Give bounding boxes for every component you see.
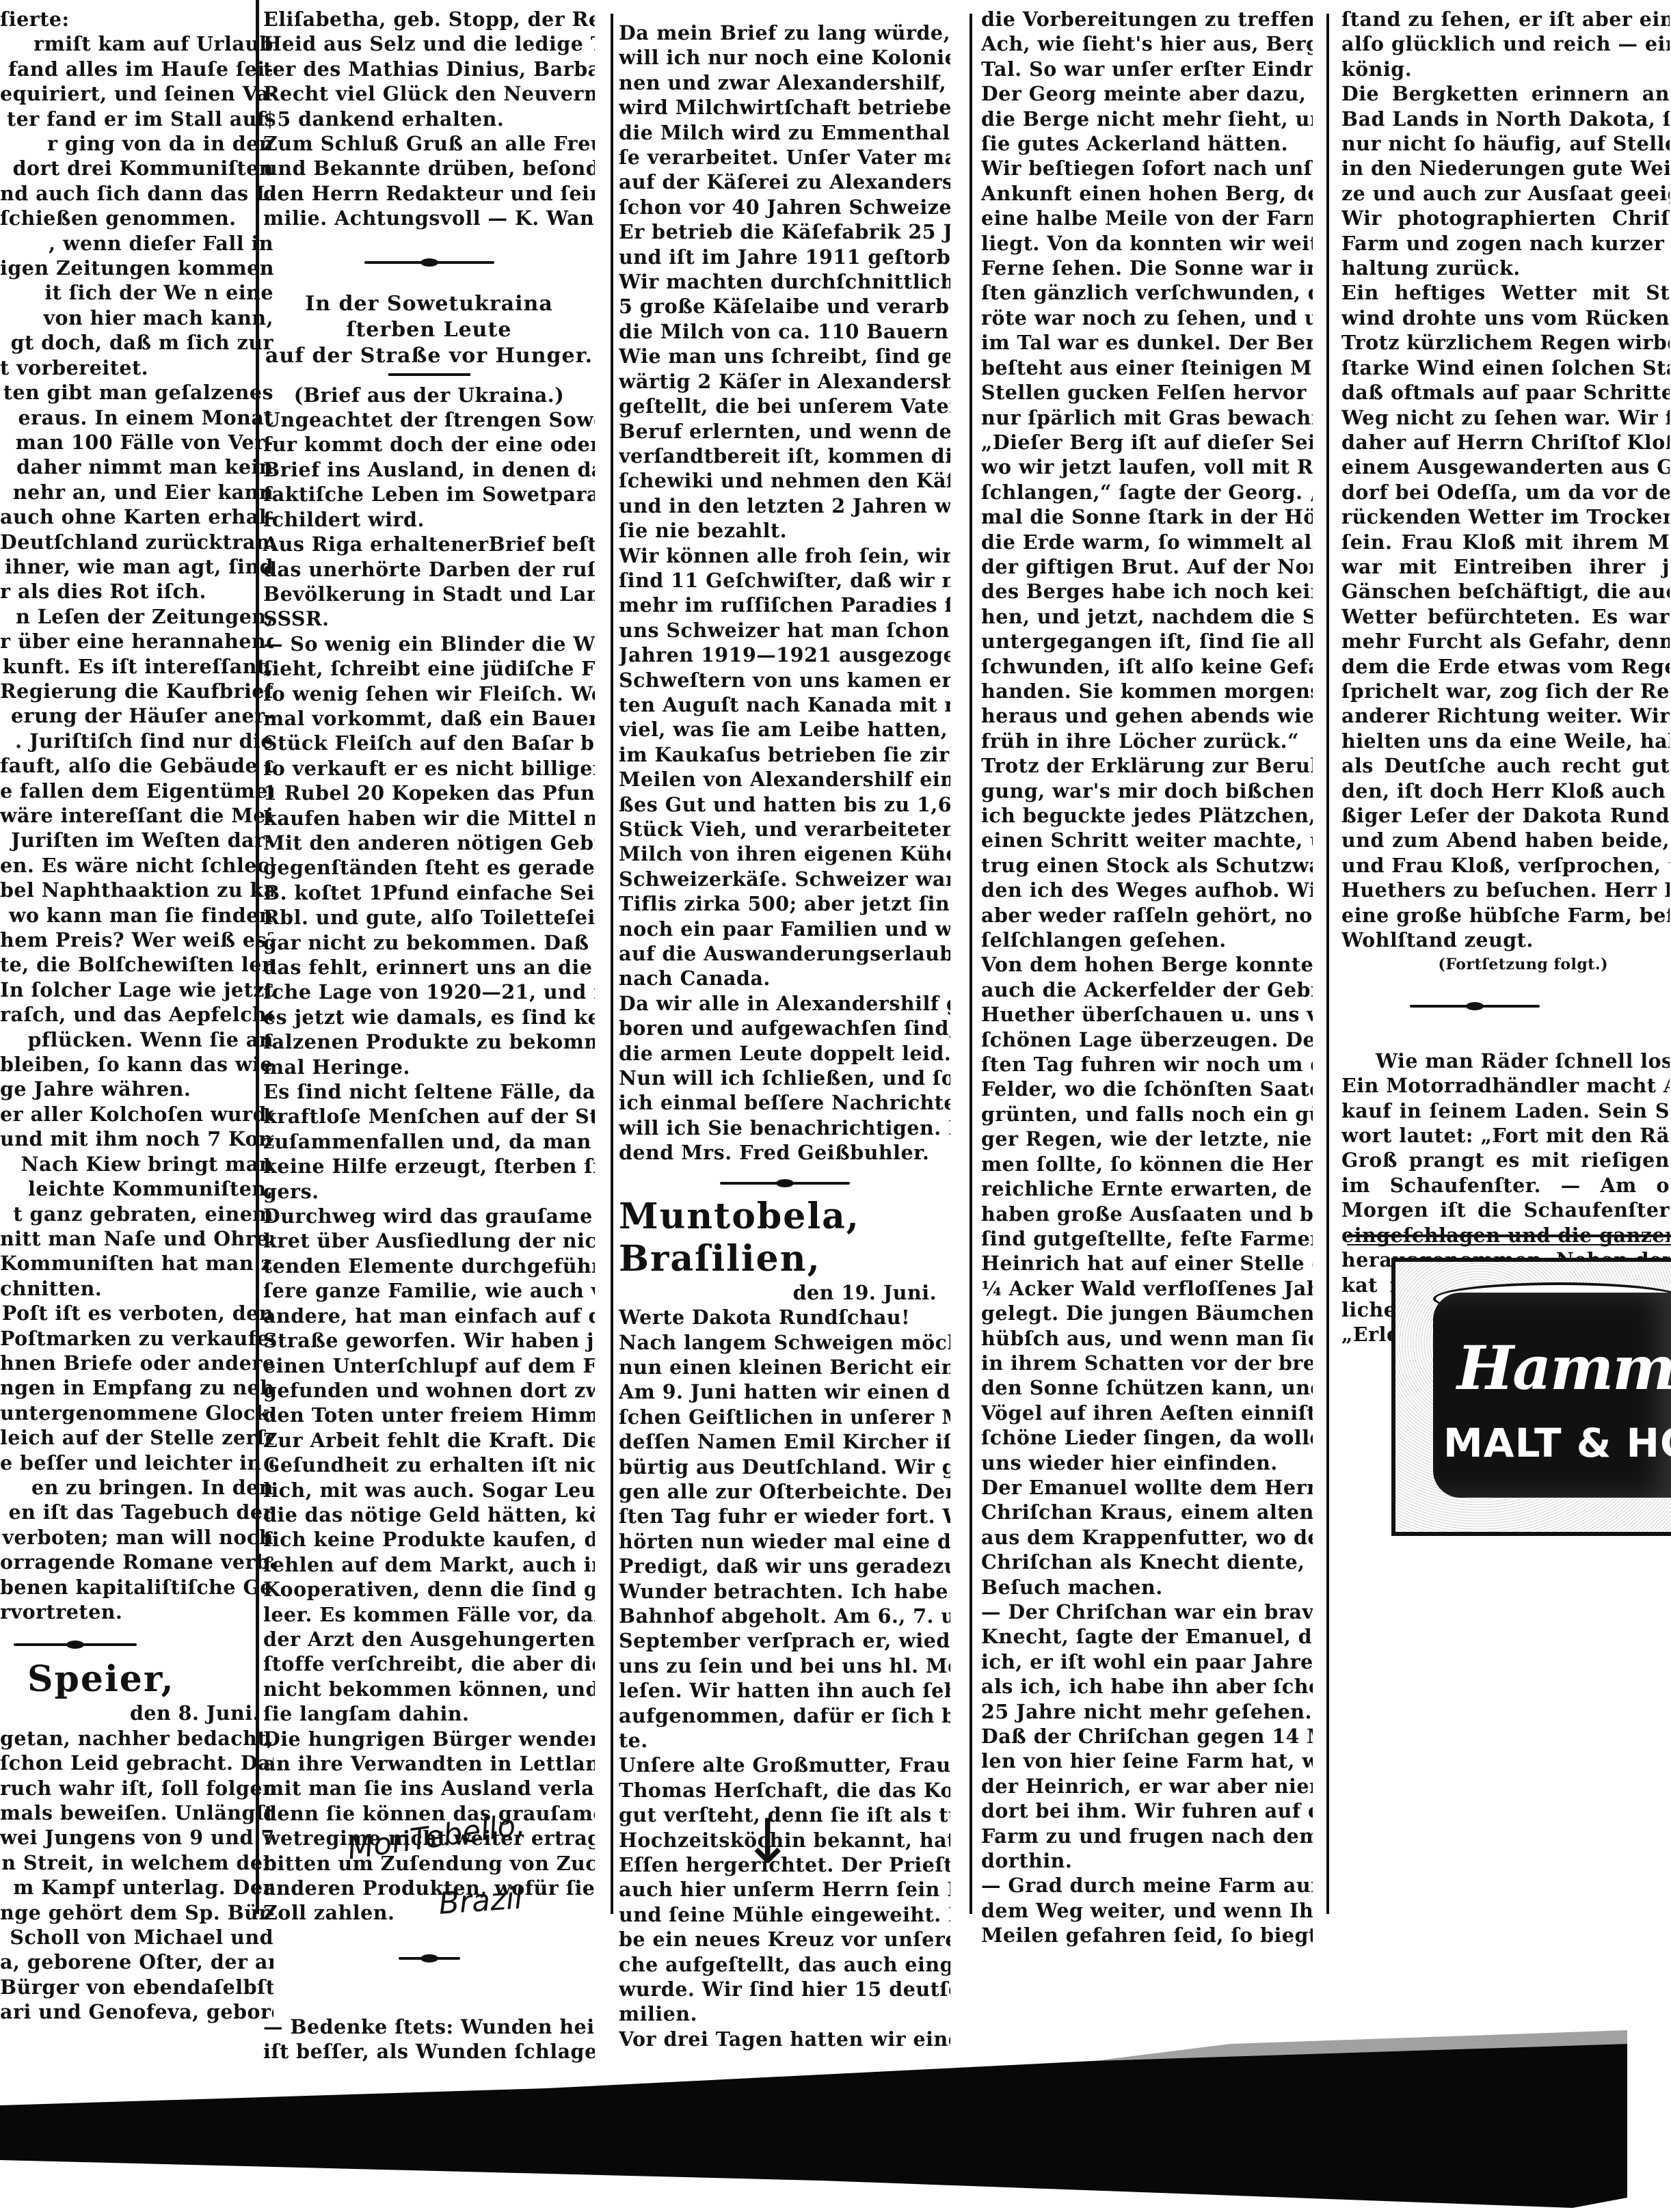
column-3-letter-text: Da mein Brief zu lang würde,will ich nur… xyxy=(619,21,950,1165)
text-line: 25 Jahre nicht mehr geſehen. xyxy=(981,1699,1313,1724)
text-line: Die Bergketten erinnern an xyxy=(1341,81,1670,106)
text-line: deſſen Namen Emil Kircher iſt, ge- xyxy=(619,1429,950,1454)
text-line: leichte Kommuniſten, xyxy=(0,1176,273,1201)
text-line: Trotz kürzlichem Regen wirbelte xyxy=(1341,330,1670,355)
text-line: rvortreten. xyxy=(0,1600,273,1624)
text-line: bel Naphthaaktion zu kau- xyxy=(0,878,273,902)
text-line: Beſuch machen. xyxy=(981,1575,1313,1600)
column-4-text: die Vorbereitungen zu treffen.Ach, wie ſ… xyxy=(981,7,1313,1948)
text-line: den Herrn Redakteur und ſeine Fa- xyxy=(263,181,595,206)
text-line: nehr an, und Eier kann xyxy=(0,480,273,504)
text-line: alſo glücklich und reich — ein W xyxy=(1341,31,1670,56)
column-2-intro-text: Eliſabetha, geb. Stopp, der Reihe ſe-Hei… xyxy=(263,7,595,231)
text-line: 5 große Käſelaibe und verarbeiteten xyxy=(619,294,950,319)
text-line: Beruf erlernten, und wenn der Käſe xyxy=(619,419,950,444)
text-line: als Deutſche auch recht gut xyxy=(1341,753,1670,778)
text-line: e beſſer und leichter in die xyxy=(0,1451,273,1475)
text-line: verboten; man will noch xyxy=(0,1525,273,1550)
text-line: Juriſten im Weſten dar- xyxy=(0,828,273,852)
text-line: Huether überſchauen u. uns von der xyxy=(981,1002,1313,1027)
text-line: fehlen auf dem Markt, auch in den xyxy=(263,1552,595,1577)
text-line: ſo verkauft er es nicht billiger als zu xyxy=(263,756,595,781)
text-line: ſchildert wird. xyxy=(263,507,595,532)
text-line: dend Mrs. Fred Geißbuhler. xyxy=(619,1140,950,1165)
muntobela-headline: Muntobela, Braſilien, xyxy=(619,1196,950,1280)
text-line: Kommuniſten hat man zu xyxy=(0,1251,273,1276)
column-rule xyxy=(611,14,613,1914)
text-line: Die hungrigen Bürger wenden ſich xyxy=(263,1727,595,1751)
text-line: be ein neues Kreuz vor unſerer Kir- xyxy=(619,1927,950,1952)
text-line: Brief ins Ausland, in denen das xyxy=(263,457,595,482)
scan-shadow-band xyxy=(0,2023,1671,2212)
text-line: gen alle zur Oſterbeichte. Den näch- xyxy=(619,1479,950,1504)
text-line: SSSR. xyxy=(263,606,595,631)
muntobela-salutation: Werte Dakota Rundſchau! xyxy=(619,1305,950,1330)
text-line: Heid aus Selz und die ledige Toch- xyxy=(263,31,595,56)
text-line: war mit Eintreiben ihrer j xyxy=(1341,554,1670,579)
text-line: ich einmal beſſere Nachrichten haben, xyxy=(619,1090,950,1115)
text-line: ſtoffe verſchreibt, die aber die Kranken xyxy=(263,1651,595,1676)
text-line: ſchon Leid gebracht. Daß xyxy=(0,1751,273,1775)
text-line: ſchon vor 40 Jahren Schweizerkäſe. xyxy=(619,195,950,219)
text-line: ger Regen, wie der letzte, niederkom- xyxy=(981,1127,1313,1151)
text-line: Wir beſtiegen ſofort nach unſerer xyxy=(981,156,1313,180)
speier-dateline: den 8. Juni. xyxy=(0,1701,273,1725)
text-line: ſchlangen,“ ſagte der Georg. „Iſt xyxy=(981,480,1313,504)
text-line: tenden Elemente durchgeführt. Un- xyxy=(263,1254,595,1278)
text-line: aufgenommen, dafür er ſich bedank- xyxy=(619,1703,950,1728)
text-line: dem Weg weiter, und wenn Ihr 4 xyxy=(981,1898,1313,1923)
text-line: Poſt iſt es verboten, den xyxy=(0,1301,273,1325)
text-line: te. xyxy=(619,1728,950,1753)
text-line: mehr im ruſſiſchen Paradies ſind; xyxy=(619,593,950,617)
text-line: eine große hübſche Farm, beſ xyxy=(1341,903,1670,928)
text-line: Milch von ihren eigenen Kühen zu xyxy=(619,841,950,866)
column-5-text: ſtand zu ſehen, er iſt aber einalſo glüc… xyxy=(1341,7,1670,952)
text-line: wärtig 2 Käſer in Alexandershilf an- xyxy=(619,369,950,394)
text-line: Mit den anderen nötigen Gebrauchs- xyxy=(263,831,595,855)
text-line: auf die Auswanderungserlaubnis xyxy=(619,941,950,966)
text-line: Groß prangt es mit rieſigen xyxy=(1341,1148,1670,1172)
text-line: ſche Lage von 1920—21, und ſo iſt xyxy=(263,980,595,1004)
text-line: Farm zu und frugen nach dem Weg xyxy=(981,1824,1313,1848)
text-line: nach Canada. xyxy=(619,966,950,990)
text-line: Ach, wie ſieht's hier aus, Berg und xyxy=(981,31,1313,56)
text-line: hen, und jetzt, nachdem die Sonne xyxy=(981,604,1313,629)
text-line: Wetter befürchteten. Es war xyxy=(1341,604,1670,629)
short-item-title: Wie man Räder ſchnell los w xyxy=(1341,1049,1670,1073)
separator-ornament xyxy=(1410,998,1540,1014)
text-line: ſten Tag fuhren wir noch um die xyxy=(981,1052,1313,1077)
muntobela-article-body: Nach langem Schweigen möchte ichnun eine… xyxy=(619,1330,950,2052)
text-line: die Berge nicht mehr ſieht, und daß xyxy=(981,107,1313,131)
text-line: Poſtmarken zu verkaufen xyxy=(0,1326,273,1351)
text-line: chnitten. xyxy=(0,1276,273,1301)
text-line: noch ein paar Familien und warten xyxy=(619,917,950,941)
text-line: gung, war's mir doch bißchen bange, xyxy=(981,779,1313,803)
text-line: r über eine herannahende xyxy=(0,629,273,653)
text-line: wird Milchwirtſchaft betrieben, und xyxy=(619,95,950,120)
text-line: das unerhörte Darben der ruſſiſchen xyxy=(263,557,595,582)
text-line: im Tal war es dunkel. Der Berg xyxy=(981,330,1313,355)
text-line: Ein Motorradhändler macht A xyxy=(1341,1073,1670,1098)
text-line: will ich Sie benachrichtigen. Hochach- xyxy=(619,1116,950,1140)
text-line: uns Schweizer hat man ſchon in den xyxy=(619,618,950,643)
text-line: Wir photographierten Chriſ xyxy=(1341,206,1670,230)
text-line: dort bei ihm. Wir fuhren auf eine xyxy=(981,1798,1313,1823)
text-line: ich beguckte jedes Plätzchen, bevor ich xyxy=(981,803,1313,828)
text-line: ter fand er im Stall auf- xyxy=(0,107,273,131)
text-line: Chriſchan als Knecht diente, einen xyxy=(981,1550,1313,1574)
text-line: von hier mach kann, xyxy=(0,306,273,330)
text-line: und mit ihm noch 7 Kom- xyxy=(0,1127,273,1151)
text-line: t vorbereitet. xyxy=(0,355,273,380)
text-line: „Dieſer Berg iſt auf dieſer Seite, xyxy=(981,430,1313,455)
text-line: früh in ihre Löcher zurück.“ xyxy=(981,729,1313,753)
text-line: keine Hilfe erzeugt, ſterben ſie Hun- xyxy=(263,1154,595,1178)
text-line: leſen. Wir hatten ihn auch ſehr gut xyxy=(619,1678,950,1703)
text-line: bürtig aus Deutſchland. Wir gin- xyxy=(619,1455,950,1479)
text-line: ßiger Leſer der Dakota Rund xyxy=(1341,803,1670,828)
text-line: Durchweg wird das grauſame De- xyxy=(263,1204,595,1228)
text-line: milie. Achtungsvoll — K. Wanner. xyxy=(263,206,595,230)
text-line: igen Zeitungen kommen xyxy=(0,256,273,280)
text-line: an ihre Verwandten in Lettland, da- xyxy=(263,1751,595,1776)
text-line: ſie langſam dahin. xyxy=(263,1701,595,1726)
text-line: ſie nie bezahlt. xyxy=(619,518,950,543)
text-line: m Kampf unterlag. Der xyxy=(0,1875,273,1900)
text-line: Recht viel Glück den Neuvermählten! xyxy=(263,81,595,106)
text-line: Es ſind nicht ſeltene Fälle, daß xyxy=(263,1079,595,1104)
text-line: Nach Kiew bringt man xyxy=(0,1152,273,1176)
text-line: Stück Vieh, und verarbeiteten die xyxy=(619,817,950,841)
text-line: ſind gutgeſtellte, feſte Farmer. Der xyxy=(981,1226,1313,1251)
text-line: reichliche Ernte erwarten, denn beide xyxy=(981,1176,1313,1201)
text-line: ſein. Frau Kloß mit ihrem M xyxy=(1341,530,1670,554)
column-1-text: ſierte:rmiſt kam auf Urlaubfand alles im… xyxy=(0,7,273,1624)
text-line: pflücken. Wenn ſie an xyxy=(0,1027,273,1052)
text-line: Farm und zogen nach kurzer U xyxy=(1341,231,1670,256)
text-line: hnen Briefe oder andere xyxy=(0,1351,273,1375)
text-line: den ich des Weges aufhob. Wir haben xyxy=(981,878,1313,902)
text-line: geſtellt, die bei unſerem Vater den xyxy=(619,394,950,418)
text-line: nun einen kleinen Bericht einſenden: xyxy=(619,1355,950,1379)
text-line: Ankunft einen hohen Berg, der gegen xyxy=(981,181,1313,206)
text-line: dorf bei Odeſſa, um da vor den xyxy=(1341,480,1670,504)
text-line: Meilen gefahren ſeid, ſo biegt links xyxy=(981,1923,1313,1947)
text-line: gefunden und wohnen dort zwiſchen xyxy=(263,1378,595,1403)
text-line: faktiſche Leben im Sowetparadies ge- xyxy=(263,482,595,507)
text-line: nge gehört dem Sp. Bür- xyxy=(0,1900,273,1925)
text-line: Wie man uns ſchreibt, ſind gegen- xyxy=(619,344,950,368)
column-2: Eliſabetha, geb. Stopp, der Reihe ſe-Hei… xyxy=(263,7,595,2064)
ad-product-name: MALT & HOPS xyxy=(1443,1422,1671,1464)
text-line: nicht bekommen können, und ſo ſiechen xyxy=(263,1677,595,1701)
text-line: und ſeine Mühle eingeweiht. Ich ha- xyxy=(619,1902,950,1927)
text-line: a, geborene Oſter, der an- xyxy=(0,1950,273,1974)
text-line: Wunder betrachten. Ich habe ihn vom xyxy=(619,1579,950,1604)
text-line: ruch wahr iſt, ſoll folgender xyxy=(0,1776,273,1800)
text-line: Bevölkerung in Stadt und Land in xyxy=(263,582,595,606)
text-line: ßes Gut und hatten bis zu 1,600 xyxy=(619,792,950,817)
text-line: ſo wenig ſehen wir Fleiſch. Wenn es xyxy=(263,682,595,706)
text-line: ſchießen genommen. xyxy=(0,206,273,230)
ukraine-headline-line2: auf der Straße vor Hunger. xyxy=(263,343,595,369)
text-line: die das nötige Geld hätten, können xyxy=(263,1502,595,1527)
text-line: — Grad durch meine Farm auf xyxy=(981,1873,1313,1898)
text-line: n Streit, in welchem der xyxy=(0,1850,273,1875)
text-line: nur ſpärlich mit Gras bewachſen. xyxy=(981,405,1313,430)
text-line: haltung zurück. xyxy=(1341,256,1670,280)
text-line: dort drei Kommuniſten xyxy=(0,156,273,180)
text-line: handen. Sie kommen morgens ſpät xyxy=(981,679,1313,703)
text-line: ihner, wie man agt, ſind xyxy=(0,554,273,579)
text-line: n Leſen der Zeitungen, xyxy=(0,604,273,629)
text-line: grünten, und falls noch ein günſti- xyxy=(981,1102,1313,1127)
text-line: ſelſchlangen geſehen. xyxy=(981,928,1313,952)
text-line: kaufen haben wir die Mittel nicht. xyxy=(263,806,595,831)
text-line: mehr Furcht als Gefahr, denn xyxy=(1341,629,1670,653)
text-line: trug einen Stock als Schutzwaffe mit, xyxy=(981,853,1313,878)
text-line: — So wenig ein Blinder die Welt xyxy=(263,632,595,656)
text-line: nitt man Naſe und Ohren xyxy=(0,1226,273,1251)
text-line: der Arzt den Ausgehungerten Fett- xyxy=(263,1627,595,1651)
text-line: Gänschen beſchäftigt, die auch xyxy=(1341,579,1670,604)
text-line: dorthin. xyxy=(981,1848,1313,1873)
text-line: auch die Ackerfelder der Gebrüder xyxy=(981,977,1313,1002)
text-line: Da mein Brief zu lang würde, xyxy=(619,21,950,45)
text-line: gegenſtänden ſteht es gerade ſo. So z. xyxy=(263,855,595,880)
text-line: Vögel auf ihren Aeſten einniſten und xyxy=(981,1401,1313,1425)
text-line: gers. xyxy=(263,1179,595,1204)
text-line: Morgen iſt die Schaufenſter xyxy=(1341,1198,1670,1222)
text-line: Daß der Chriſchan gegen 14 Mei- xyxy=(981,1724,1313,1749)
text-line: men ſollte, ſo können die Herren eine xyxy=(981,1152,1313,1176)
text-line: mit man ſie ins Ausland verlange, xyxy=(263,1776,595,1800)
text-line: einen Schritt weiter machte, und xyxy=(981,828,1313,852)
text-line: Ferne ſehen. Die Sonne war im We- xyxy=(981,256,1313,280)
text-line: ge Jahre währen. xyxy=(0,1077,273,1101)
text-line: wo kann man ſie finden xyxy=(0,903,273,928)
text-line: len von hier ſeine Farm hat, wußte xyxy=(981,1749,1313,1773)
text-line: der giftigen Brut. Auf der Nordſeite xyxy=(981,554,1313,579)
text-line: ſierte: xyxy=(0,7,273,31)
text-line: als ich, ich habe ihn aber ſchon gegen xyxy=(981,1674,1313,1699)
text-line: dem die Erde etwas vom Rege xyxy=(1341,654,1670,679)
text-line: Der Georg meinte aber dazu, daß er xyxy=(981,81,1313,106)
text-line: ari und Genofeva, geborene xyxy=(0,1999,273,2024)
text-line: bleiben, ſo kann das wie- xyxy=(0,1052,273,1077)
text-line: den Toten unter freiem Himmel. xyxy=(263,1403,595,1427)
text-line: die Erde warm, ſo wimmelt alles von xyxy=(981,530,1313,554)
text-line: ſtarke Wind einen ſolchen Staub xyxy=(1341,355,1670,380)
text-line: r als dies Rot iſch. xyxy=(0,579,273,604)
text-line: Unſere alte Großmutter, Frau des xyxy=(619,1753,950,1777)
text-line: ſe verarbeitet. Unſer Vater machte xyxy=(619,145,950,170)
text-line: mal Heringe. xyxy=(263,1055,595,1079)
text-line: die armen Leute doppelt leid. xyxy=(619,1041,950,1066)
text-line: hielten uns da eine Weile, hab xyxy=(1341,729,1670,753)
text-line: ¼ Acker Wald verfloſſenes Jahr an- xyxy=(981,1276,1313,1301)
separator-ornament xyxy=(364,254,494,271)
text-line: — Der Chriſchan war ein braver xyxy=(981,1600,1313,1624)
text-line: e fallen dem Eigentümer xyxy=(0,779,273,803)
text-line: ſere ganze Familie, wie auch viele xyxy=(263,1278,595,1303)
text-line: er aller Kolchoſen wurde xyxy=(0,1102,273,1127)
text-line: rückenden Wetter im Trockenen xyxy=(1341,504,1670,529)
text-line: heraus und gehen abends wieder xyxy=(981,703,1313,728)
text-line: ſprichelt war, zog ſich der Rege xyxy=(1341,679,1670,703)
text-line: Zur Arbeit fehlt die Kraft. Die xyxy=(263,1428,595,1453)
text-line: und in den letzten 2 Jahren wurden xyxy=(619,494,950,518)
text-line: Tiflis zirka 500; aber jetzt ſind nur xyxy=(619,891,950,916)
text-line: gar nicht zu bekommen. Daß ſogar xyxy=(263,930,595,955)
text-line: Ein heftiges Wetter mit St xyxy=(1341,280,1670,305)
text-line: . Juriſtiſch ſind nur die xyxy=(0,729,273,753)
text-line: und Frau Kloß, verſprochen, u xyxy=(1341,853,1670,878)
text-line: anderen Produkten, wofür ſie gerne xyxy=(263,1876,595,1900)
text-line: uns zu ſein und bei uns hl. Meſſe zu xyxy=(619,1654,950,1678)
text-line: 1 Rubel 20 Kopeken das Pfund; zu xyxy=(263,781,595,805)
text-line: der Heinrich, er war aber niemals xyxy=(981,1774,1313,1798)
text-line: en. Es wäre nicht ſchlecht xyxy=(0,853,273,878)
text-line: und zum Abend haben beide, xyxy=(1341,828,1670,852)
text-line: ten Auguſt nach Kanada mit nur ſo xyxy=(619,692,950,717)
text-line: und Bekannte drüben, beſonders an xyxy=(263,156,595,180)
text-line: Scholl von Michael und xyxy=(0,1925,273,1950)
text-line: rmiſt kam auf Urlaub xyxy=(0,31,273,56)
text-line: Deutſchland zurücktrans- xyxy=(0,530,273,554)
text-line: B. koſtet 1Pfund einfache Seife 3 xyxy=(263,880,595,905)
hamms-advertisement: Hamm's MALT & HOPS xyxy=(1391,1258,1671,1536)
text-line: Nun will ich ſchließen, und ſollte xyxy=(619,1066,950,1090)
text-line: ſchöne Lieder ſingen, da wollen wir xyxy=(981,1425,1313,1450)
text-line: Schweizerkäſe. Schweizer waren in xyxy=(619,867,950,891)
separator-ornament xyxy=(14,1636,137,1653)
handwritten-note-line2: Brazil xyxy=(438,1880,524,1921)
text-line: wurde. Wir ſind hier 15 deutſche Fa- xyxy=(619,1977,950,2001)
text-line: en iſt das Tagebuch der xyxy=(0,1500,273,1524)
text-line: das fehlt, erinnert uns an die kriti- xyxy=(263,955,595,980)
text-line: im Kaukaſus betrieben ſie zirka 20 xyxy=(619,742,950,767)
ad-brand-name: Hamm's xyxy=(1457,1337,1671,1399)
text-line: In ſolcher Lage wie jetzt xyxy=(0,977,273,1002)
text-line: orragende Romane verban- xyxy=(0,1550,273,1574)
text-line: zuſammenfallen und, da man ihnen xyxy=(263,1129,595,1154)
speier-body: getan, nachher bedacht, hatſchon Leid ge… xyxy=(0,1726,273,2025)
column-5: ſtand zu ſehen, er iſt aber einalſo glüc… xyxy=(1341,7,1670,1347)
text-line: den, iſt doch Herr Kloß auch ei xyxy=(1341,779,1670,803)
text-line: September verſprach er, wieder bei xyxy=(619,1628,950,1653)
text-line: kauf in ſeinem Laden. Sein S xyxy=(1341,1098,1670,1123)
text-line: Stellen gucken Felſen hervor und iſt xyxy=(981,380,1313,405)
text-line: Der Emanuel wollte dem Herrn xyxy=(981,1475,1313,1500)
text-line: Regierung die Kaufbriefe xyxy=(0,679,273,703)
text-line: ſtand zu ſehen, er iſt aber ein xyxy=(1341,7,1670,31)
text-line: Huethers zu beſuchen. Herr K xyxy=(1341,878,1670,902)
text-line: Am 9. Juni hatten wir einen deut- xyxy=(619,1379,950,1404)
text-line: Weg nicht zu ſehen war. Wir f xyxy=(1341,405,1670,430)
muntobela-dateline: den 19. Juni. xyxy=(619,1280,950,1305)
text-line: ſieht, ſchreibt eine jüdiſche Familie, xyxy=(263,656,595,681)
text-line: in den Niederungen gute Weide xyxy=(1341,156,1670,180)
text-line: Heinrich hat auf einer Stelle gegen xyxy=(981,1251,1313,1276)
text-line: Jahren 1919—1921 ausgezogen. 2 xyxy=(619,643,950,667)
text-line: die Milch von ca. 110 Bauern. xyxy=(619,319,950,344)
text-line: beſteht aus einer ſteinigen Maſſe, auf xyxy=(981,355,1313,380)
ukraine-headline-line1: In der Sowetukraina ſterben Leute xyxy=(263,291,595,343)
text-line: Geſundheit zu erhalten iſt nicht mög- xyxy=(263,1453,595,1477)
text-line: wort lautet: „Fort mit den Rä xyxy=(1341,1123,1670,1148)
column-3: Da mein Brief zu lang würde,will ich nur… xyxy=(619,7,950,2051)
text-line: boren und aufgewachſen ſind, tun uns xyxy=(619,1016,950,1040)
text-line: ſchwunden, iſt alſo keine Gefahr vor- xyxy=(981,654,1313,679)
text-line: eine halbe Meile von der Farm ab- xyxy=(981,206,1313,230)
text-line: ſten gänzlich verſchwunden, dieAbend- xyxy=(981,280,1313,305)
text-line: wo wir jetzt laufen, voll mit Raſſel- xyxy=(981,455,1313,479)
text-line: te, die Bolſchewiſten lenken xyxy=(0,952,273,977)
text-line: Straße geworfen. Wir haben jetzt xyxy=(263,1328,595,1353)
text-line: ſich keine Produkte kaufen, denn ſie xyxy=(263,1527,595,1552)
text-line: auch ohne Karten erhal- xyxy=(0,504,273,529)
text-line: mal vorkommt, daß ein Bauer ein xyxy=(263,706,595,731)
text-line: Trotz der Erklärung zur Beruhi- xyxy=(981,753,1313,778)
text-line: fand alles im Hauſe ſei- xyxy=(0,57,273,81)
text-line: die Milch wird zu Emmenthaler Kä- xyxy=(619,120,950,145)
text-line: es jetzt wie damals, es ſind keine ge- xyxy=(263,1005,595,1029)
column-rule xyxy=(970,14,972,1914)
text-line: $5 dankend erhalten. xyxy=(263,107,595,131)
text-line: die Vorbereitungen zu treffen. xyxy=(981,7,1313,31)
text-line: Eliſabetha, geb. Stopp, der Reihe ſe- xyxy=(263,7,595,31)
text-line: hübſch aus, und wenn man ſich mal xyxy=(981,1326,1313,1351)
text-line: einem Ausgewanderten aus Glü xyxy=(1341,455,1670,479)
text-line: ſie gutes Ackerland hätten. xyxy=(981,131,1313,156)
text-line: Da wir alle in Alexandershilf ge- xyxy=(619,991,950,1016)
text-line: , wenn dieſer Fall in xyxy=(0,231,273,256)
text-line: Ungeachtet der ſtrengen Sowetzen- xyxy=(263,407,595,432)
text-line: it ſich der We n eine xyxy=(0,280,273,305)
text-line: kraftloſe Menſchen auf der Straße xyxy=(263,1104,595,1129)
separator-ornament xyxy=(399,1950,460,1967)
text-line: Tal. So war unſer erſter Eindruck. xyxy=(981,57,1313,81)
text-line: Wir können alle froh ſein, wir xyxy=(619,543,950,568)
text-line: uns wieder hier einfinden. xyxy=(981,1451,1313,1475)
text-line: Von dem hohen Berge konnten wir xyxy=(981,952,1313,977)
text-line: equiriert, und ſeinen Va- xyxy=(0,81,273,106)
text-line: untergenommene Glocken xyxy=(0,1401,273,1425)
text-line: Bahnhof abgeholt. Am 6., 7. und 8. xyxy=(619,1604,950,1628)
text-line: Wir machten durchſchnittlich pro Tag xyxy=(619,269,950,294)
text-line: will ich nur noch eine Kolonie erwäh- xyxy=(619,45,950,70)
column-1: ſierte:rmiſt kam auf Urlaubfand alles im… xyxy=(0,7,273,2025)
ukraine-article-body: Ungeachtet der ſtrengen Sowetzen-ſur kom… xyxy=(263,407,595,1926)
headline-underline xyxy=(388,373,470,376)
text-line: gt doch, daß m ſich zur xyxy=(0,330,273,355)
text-line: könig. xyxy=(1341,57,1670,81)
text-line: ich, er iſt wohl ein paar Jahre älter xyxy=(981,1649,1313,1674)
text-line: wind drohte uns vom Rücken xyxy=(1341,306,1670,330)
text-line: wei Jungens von 9 und 7 xyxy=(0,1825,273,1850)
text-line: che aufgeſtellt, das auch eingeweiht xyxy=(619,1952,950,1977)
text-line: ſind 11 Geſchwiſter, daß wir nicht xyxy=(619,568,950,593)
text-line: anderer Richtung weiter. Wir xyxy=(1341,703,1670,728)
text-line: lich, mit was auch. Sogar Leute, xyxy=(263,1478,595,1502)
text-line: einen Unterſchlupf auf dem Friedhofe xyxy=(263,1353,595,1378)
text-line: Nach langem Schweigen möchte ich xyxy=(619,1330,950,1355)
text-line: leich auf der Stelle zerſchla- xyxy=(0,1425,273,1450)
text-line: hörten nun wieder mal eine deutſche xyxy=(619,1529,950,1554)
